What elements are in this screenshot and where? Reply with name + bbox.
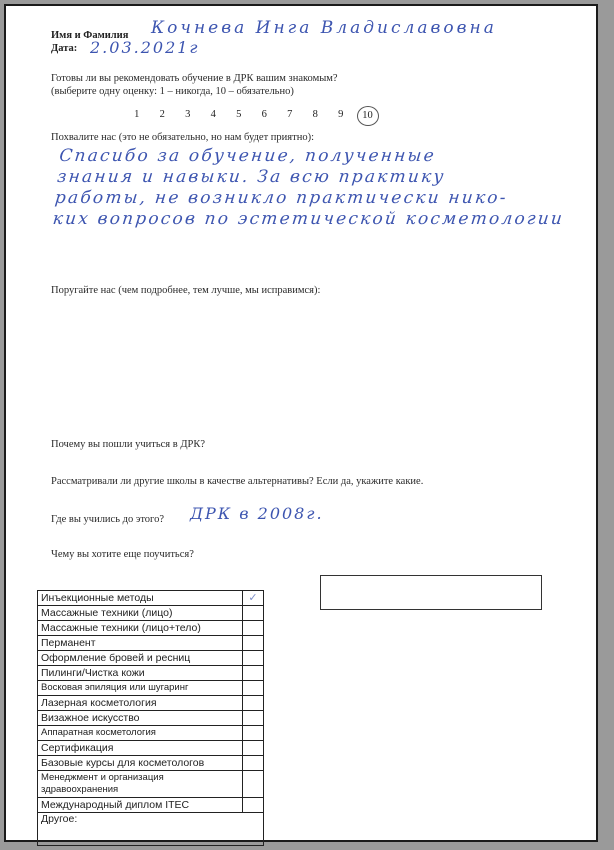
- rating-option-1[interactable]: 1: [124, 109, 150, 126]
- course-label: Международный диплом ITEC: [38, 798, 243, 813]
- courses-checklist: Инъекционные методы✓Массажные техники (л…: [37, 590, 264, 846]
- course-row: Пилинги/Чистка кожи: [38, 666, 264, 681]
- recommend-hint: (выберите одну оценку: 1 – никогда, 10 –…: [51, 86, 294, 97]
- course-checkbox[interactable]: [243, 726, 264, 741]
- course-row: Перманент: [38, 636, 264, 651]
- course-row: Визажное искусство: [38, 711, 264, 726]
- praise-question: Похвалите нас (это не обязательно, но на…: [51, 132, 314, 143]
- feedback-form-page: Имя и Фамилия Кочнева Инга Владиславовна…: [4, 4, 598, 842]
- course-row: Аппаратная косметология: [38, 726, 264, 741]
- course-label: Визажное искусство: [38, 711, 243, 726]
- rating-scale: 12345678910: [124, 109, 379, 126]
- rating-option-4[interactable]: 4: [201, 109, 227, 126]
- course-checkbox[interactable]: [243, 756, 264, 771]
- course-other-field[interactable]: Другое:: [38, 813, 264, 846]
- course-row: Менеджмент и организация здравоохранения: [38, 771, 264, 798]
- course-label: Сертификация: [38, 741, 243, 756]
- course-label: Лазерная косметология: [38, 696, 243, 711]
- praise-answer-line: работы, не возникло практически нико-: [54, 188, 614, 209]
- course-label: Восковая эпиляция или шугаринг: [38, 681, 243, 696]
- course-label: Массажные техники (лицо+тело): [38, 621, 243, 636]
- course-row: Оформление бровей и ресниц: [38, 651, 264, 666]
- course-row: Международный диплом ITEC: [38, 798, 264, 813]
- rating-option-7[interactable]: 7: [277, 109, 303, 126]
- course-checkbox[interactable]: [243, 711, 264, 726]
- course-other-row: Другое:: [38, 813, 264, 846]
- alternatives-question: Рассматривали ли другие школы в качестве…: [51, 476, 423, 487]
- praise-answer-line: Спасибо за обучение, полученные: [58, 146, 614, 167]
- course-checkbox[interactable]: [243, 651, 264, 666]
- course-checkbox[interactable]: [243, 771, 264, 798]
- rating-option-9[interactable]: 9: [328, 109, 354, 126]
- rating-option-10[interactable]: 10: [357, 106, 379, 126]
- rating-option-2[interactable]: 2: [150, 109, 176, 126]
- course-row: Массажные техники (лицо): [38, 606, 264, 621]
- rating-option-3[interactable]: 3: [175, 109, 201, 126]
- course-checkbox[interactable]: [243, 681, 264, 696]
- course-row: Инъекционные методы✓: [38, 591, 264, 606]
- date-value[interactable]: 2.03.2021г: [90, 38, 200, 57]
- rating-option-8[interactable]: 8: [303, 109, 329, 126]
- date-label: Дата:: [51, 43, 77, 54]
- previous-answer[interactable]: ДРК в 2008г.: [190, 504, 324, 523]
- course-checkbox[interactable]: [243, 621, 264, 636]
- recommend-question: Готовы ли вы рекомендовать обучение в ДР…: [51, 73, 338, 84]
- course-label: Перманент: [38, 636, 243, 651]
- course-label: Инъекционные методы: [38, 591, 243, 606]
- course-row: Сертификация: [38, 741, 264, 756]
- course-label: Базовые курсы для косметологов: [38, 756, 243, 771]
- blank-answer-box[interactable]: [320, 575, 542, 610]
- learn-more-question: Чему вы хотите еще поучиться?: [51, 549, 194, 560]
- course-checkbox[interactable]: [243, 741, 264, 756]
- course-label: Массажные техники (лицо): [38, 606, 243, 621]
- course-checkbox[interactable]: [243, 636, 264, 651]
- rating-option-5[interactable]: 5: [226, 109, 252, 126]
- previous-question: Где вы учились до этого?: [51, 514, 164, 525]
- course-checkbox[interactable]: ✓: [243, 591, 264, 606]
- course-row: Восковая эпиляция или шугаринг: [38, 681, 264, 696]
- course-label: Оформление бровей и ресниц: [38, 651, 243, 666]
- course-row: Лазерная косметология: [38, 696, 264, 711]
- praise-answer-line: знания и навыки. За всю практику: [56, 167, 614, 188]
- course-checkbox[interactable]: [243, 696, 264, 711]
- course-label: Пилинги/Чистка кожи: [38, 666, 243, 681]
- course-row: Массажные техники (лицо+тело): [38, 621, 264, 636]
- course-checkbox[interactable]: [243, 798, 264, 813]
- name-value[interactable]: Кочнева Инга Владиславовна: [151, 18, 497, 38]
- course-row: Базовые курсы для косметологов: [38, 756, 264, 771]
- course-checkbox[interactable]: [243, 606, 264, 621]
- course-label: Менеджмент и организация здравоохранения: [38, 771, 243, 798]
- praise-answer-line: ких вопросов по эстетической косметологи…: [52, 209, 614, 230]
- course-label: Аппаратная косметология: [38, 726, 243, 741]
- course-checkbox[interactable]: [243, 666, 264, 681]
- why-question: Почему вы пошли учиться в ДРК?: [51, 439, 205, 450]
- rating-option-6[interactable]: 6: [252, 109, 278, 126]
- praise-answer[interactable]: Спасибо за обучение, полученныезнания и …: [52, 146, 614, 230]
- criticism-question: Поругайте нас (чем подробнее, тем лучше,…: [51, 285, 320, 296]
